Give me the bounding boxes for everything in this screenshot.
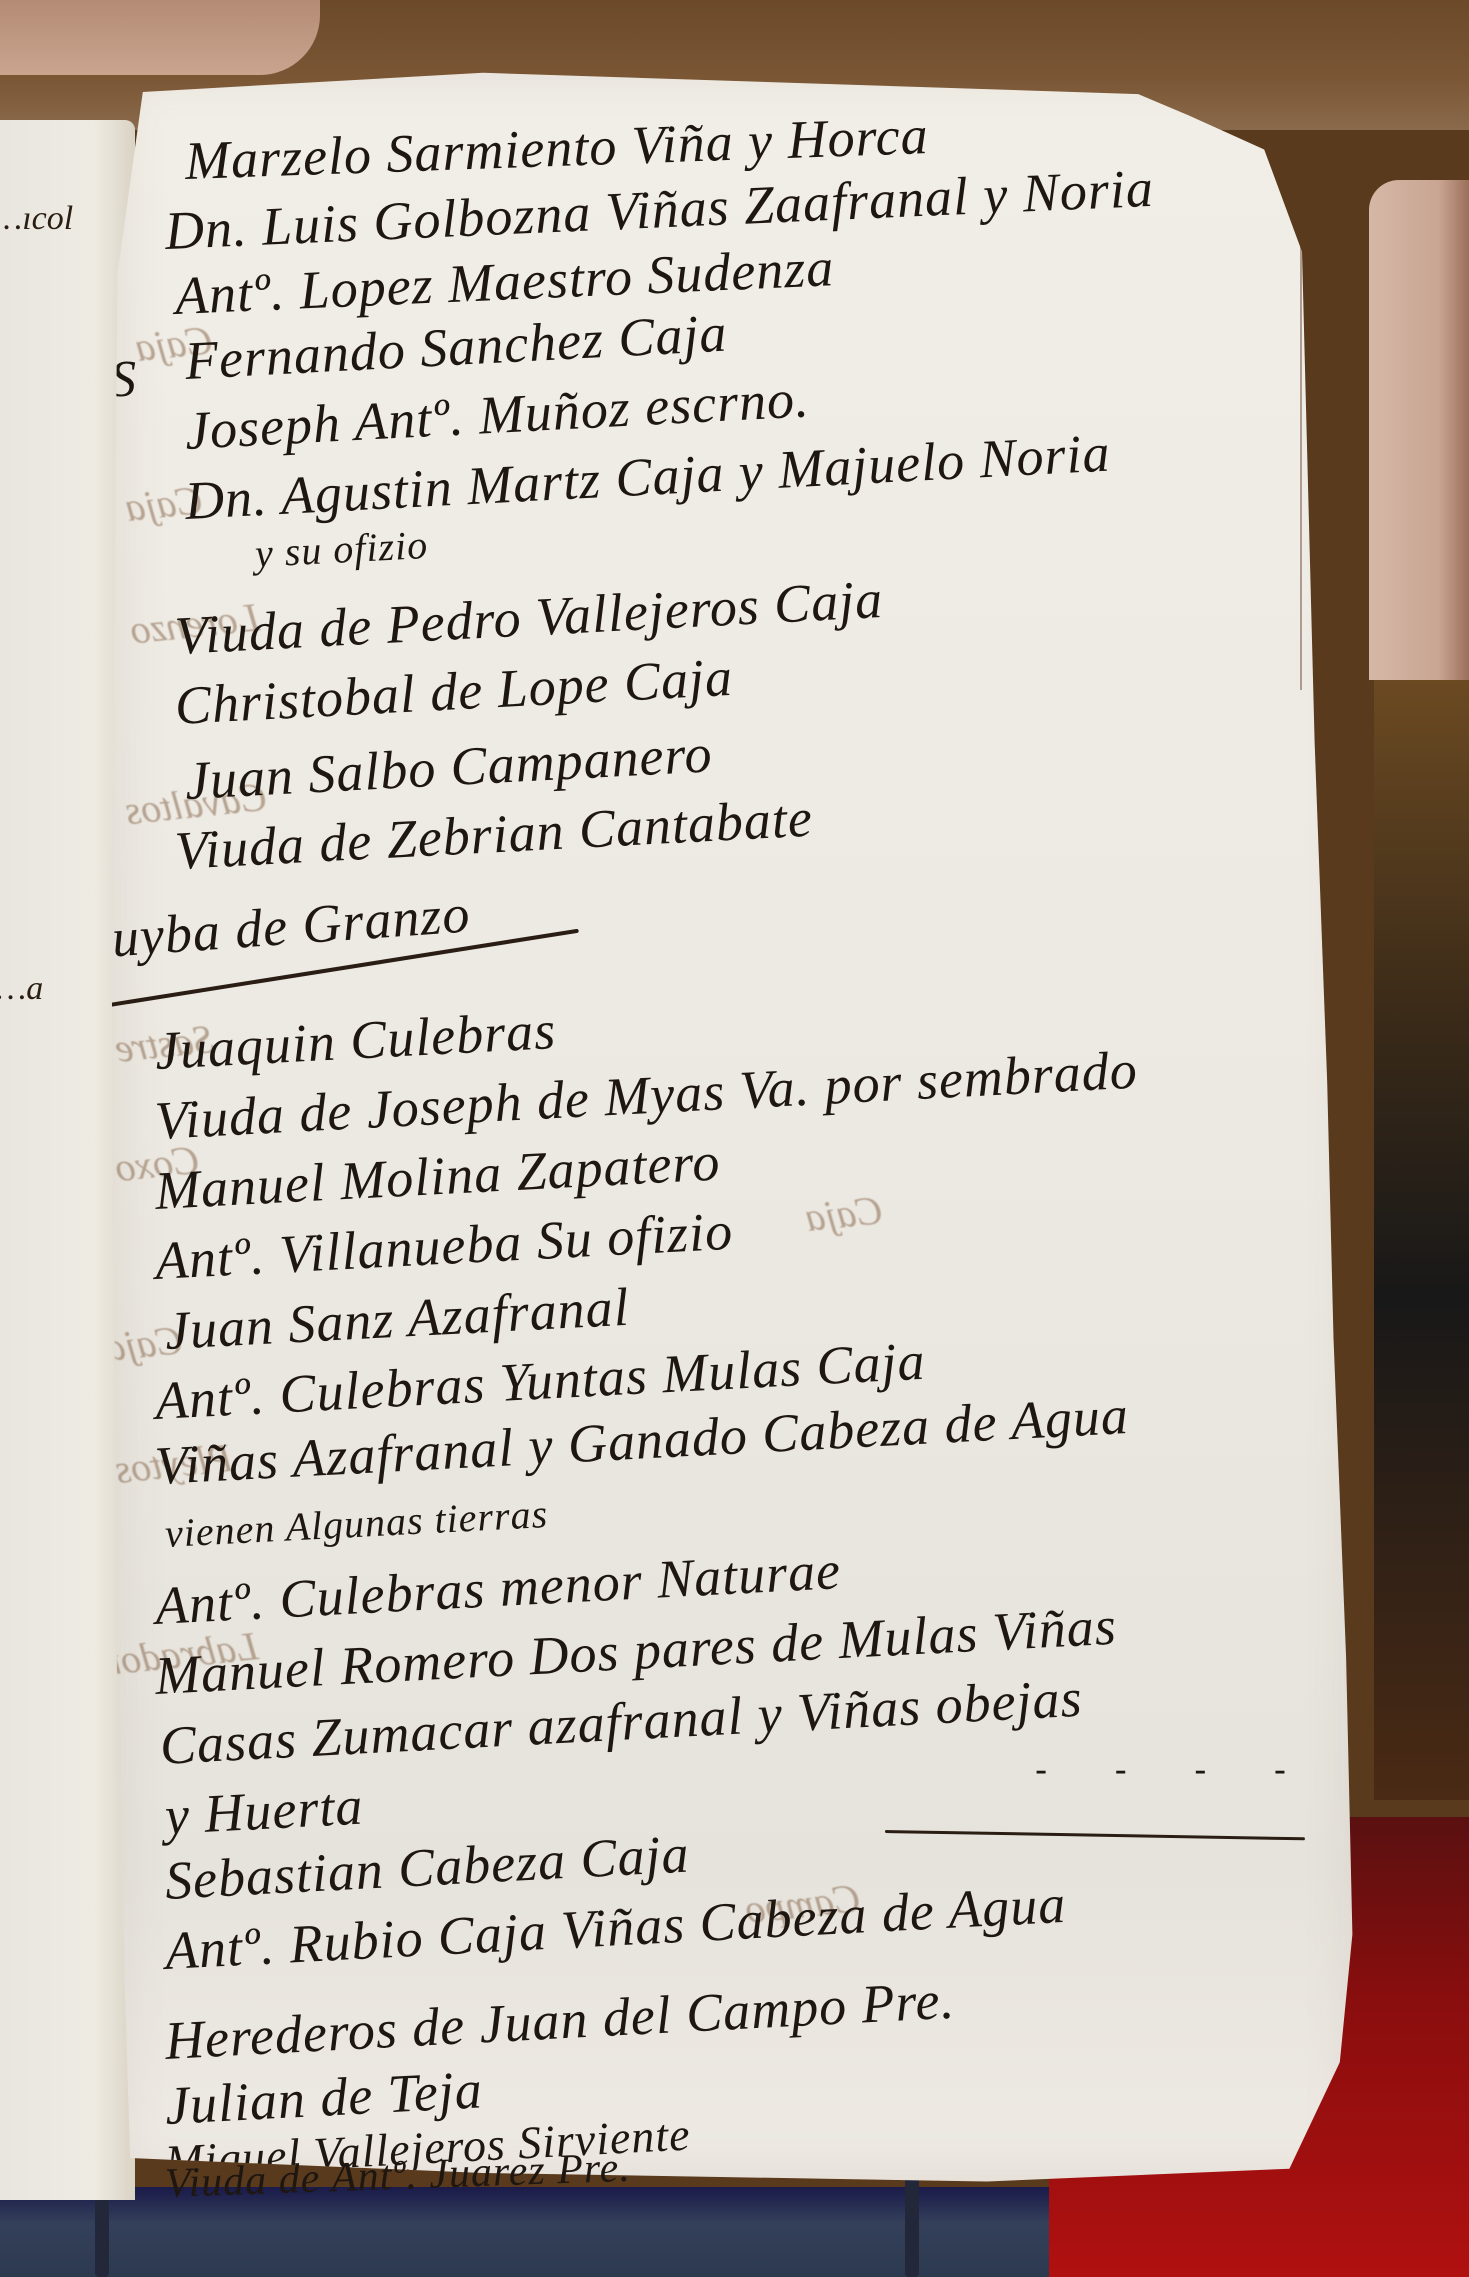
hand-holding-page-left <box>0 0 320 75</box>
entry-note: vienen Algunas tierras <box>164 1490 549 1557</box>
hand-holding-page-right <box>1369 180 1469 680</box>
manuscript-page: Caja Caja Lorenzo Cavaltos Sastre Coxo C… <box>105 60 1365 2190</box>
stand-clip-right <box>905 2167 919 2277</box>
left-page-fragment: …a <box>0 970 43 1008</box>
background-shadow-right <box>1374 680 1469 1800</box>
bleed-through-text: Caja <box>803 1186 885 1241</box>
entry-note: y su ofizio <box>254 521 429 577</box>
entry-line: Viuda de Pedro Vallejeros Caja <box>173 568 884 667</box>
underline-rule <box>885 1830 1305 1840</box>
entry-line: y Huerta <box>163 1775 364 1847</box>
left-page-fragment: …ıcol <box>0 200 73 238</box>
filler-dashes: - - - - <box>1035 1750 1314 1791</box>
entry-line: Juaquin Culebras <box>153 999 557 1082</box>
entry-line: Herederos de Juan del Campo Pre. <box>163 1969 956 2072</box>
page-edge-fold <box>1300 170 1302 690</box>
